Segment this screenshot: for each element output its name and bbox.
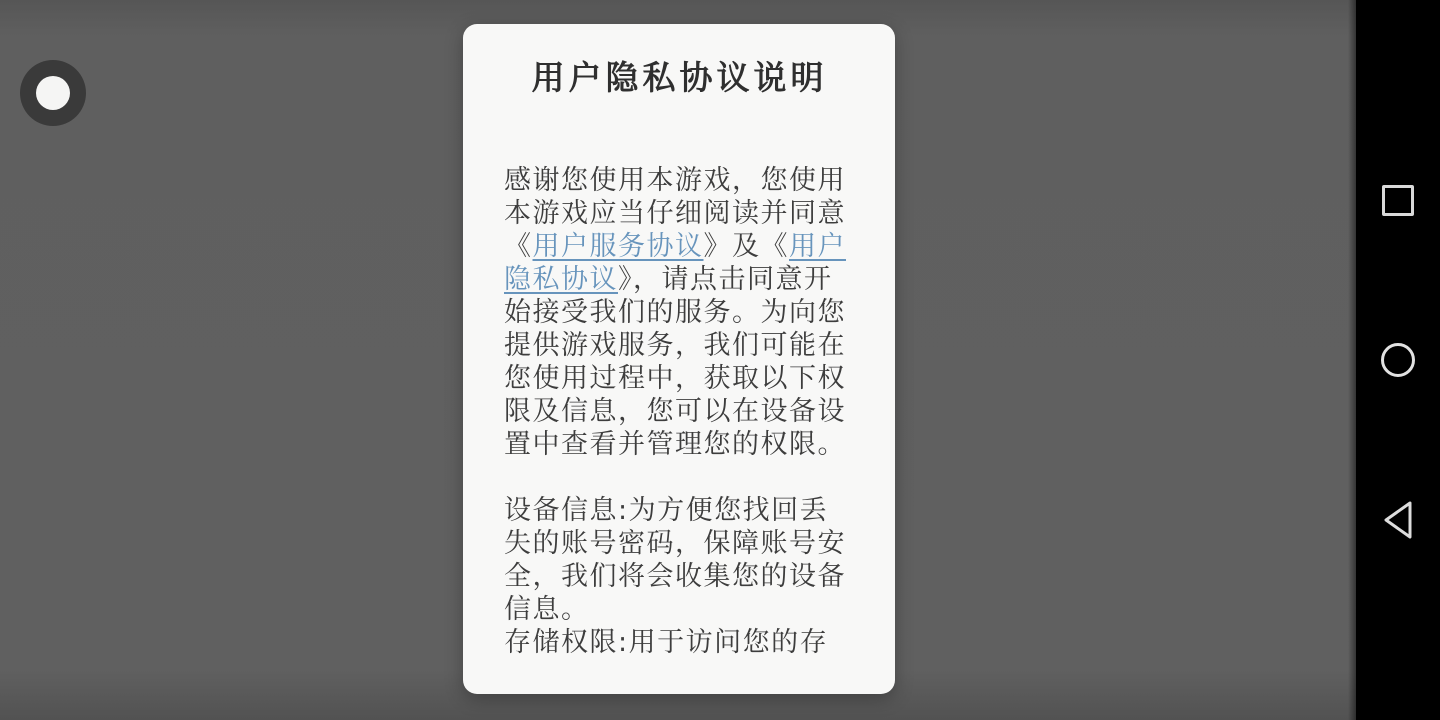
recents-square-icon (1382, 185, 1414, 216)
recorder-bubble-button[interactable] (20, 60, 86, 126)
agreement-paragraph: 感谢您使用本游戏，您使用本游戏应当仔细阅读并同意《用户服务协议》及《用户隐私协议… (504, 164, 855, 461)
dialog-title: 用户隐私协议说明 (504, 58, 855, 98)
back-button[interactable] (1370, 492, 1426, 548)
home-circle-icon (1381, 343, 1415, 377)
device-info-paragraph: 设备信息:为方便您找回丢失的账号密码，保障账号安全，我们将会收集您的设备信息。 (504, 494, 855, 626)
user-service-agreement-link[interactable]: 用户服务协议 (533, 231, 704, 262)
record-dot-icon (36, 76, 70, 110)
back-triangle-icon (1381, 498, 1415, 542)
recents-button[interactable] (1370, 172, 1426, 228)
storage-permission-paragraph: 存储权限:用于访问您的存 (504, 626, 855, 659)
paragraph1-mid: 》及《 (704, 231, 790, 262)
android-navigation-bar (1356, 0, 1440, 720)
privacy-agreement-dialog: 用户隐私协议说明 感谢您使用本游戏，您使用本游戏应当仔细阅读并同意《用户服务协议… (463, 24, 895, 694)
dialog-body: 感谢您使用本游戏，您使用本游戏应当仔细阅读并同意《用户服务协议》及《用户隐私协议… (504, 164, 855, 659)
home-button[interactable] (1370, 332, 1426, 388)
